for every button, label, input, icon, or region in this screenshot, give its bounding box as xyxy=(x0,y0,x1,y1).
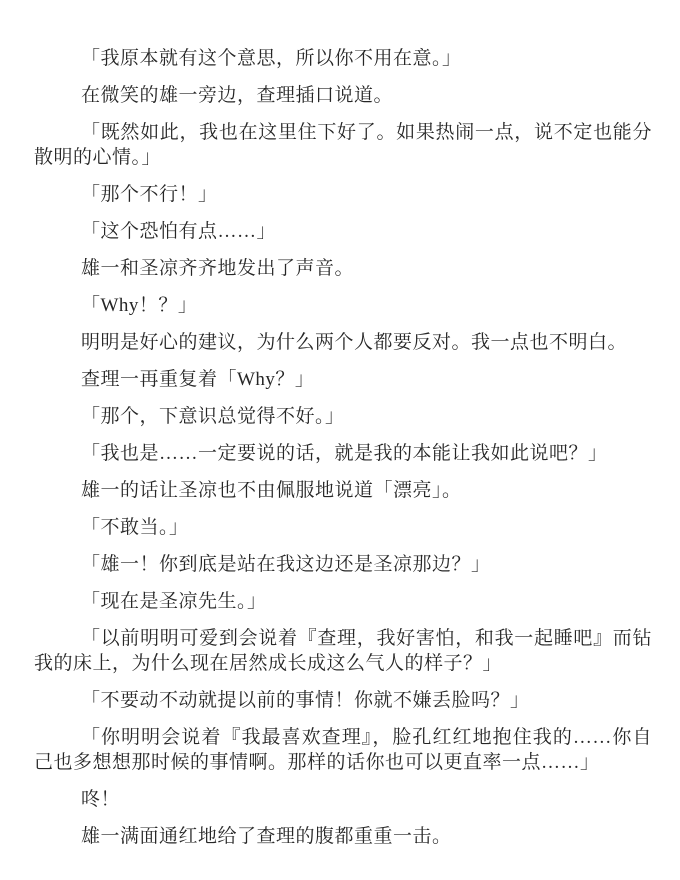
paragraph: 雄一的话让圣凉也不由佩服地说道「漂亮」。 xyxy=(34,478,652,503)
paragraph: 「这个恐怕有点……」 xyxy=(34,219,652,244)
paragraph: 查理一再重复着「Why？」 xyxy=(34,367,652,392)
paragraph: 「雄一！你到底是站在我这边还是圣凉那边？」 xyxy=(34,552,652,577)
paragraph: 明明是好心的建议，为什么两个人都要反对。我一点也不明白。 xyxy=(34,330,652,355)
paragraph: 「我也是……一定要说的话，就是我的本能让我如此说吧？」 xyxy=(34,441,652,466)
paragraph: 「你明明会说着『我最喜欢查理』，脸孔红红地抱住我的……你自己也多想想那时候的事情… xyxy=(34,725,652,775)
paragraph: 咚！ xyxy=(34,787,652,812)
paragraph: 「现在是圣凉先生。」 xyxy=(34,589,652,614)
paragraph: 「Why！？」 xyxy=(34,293,652,318)
paragraph: 「以前明明可爱到会说着『查理，我好害怕，和我一起睡吧』而钻我的床上，为什么现在居… xyxy=(34,626,652,676)
paragraph: 雄一和圣凉齐齐地发出了声音。 xyxy=(34,256,652,281)
novel-text-body: 「我原本就有这个意思，所以你不用在意。」 在微笑的雄一旁边，查理插口说道。 「既… xyxy=(0,0,680,880)
paragraph: 「那个，下意识总觉得不好。」 xyxy=(34,404,652,429)
paragraph: 在微笑的雄一旁边，查理插口说道。 xyxy=(34,83,652,108)
paragraph: 「不要动不动就提以前的事情！你就不嫌丢脸吗？」 xyxy=(34,688,652,713)
paragraph: 「既然如此，我也在这里住下好了。如果热闹一点，说不定也能分散明的心情。」 xyxy=(34,120,652,170)
document-page: 「我原本就有这个意思，所以你不用在意。」 在微笑的雄一旁边，查理插口说道。 「既… xyxy=(0,0,680,880)
paragraph: 「不敢当。」 xyxy=(34,515,652,540)
paragraph: 「我原本就有这个意思，所以你不用在意。」 xyxy=(34,46,652,71)
paragraph: 雄一满面通红地给了查理的腹都重重一击。 xyxy=(34,824,652,849)
paragraph: 「那个不行！」 xyxy=(34,182,652,207)
